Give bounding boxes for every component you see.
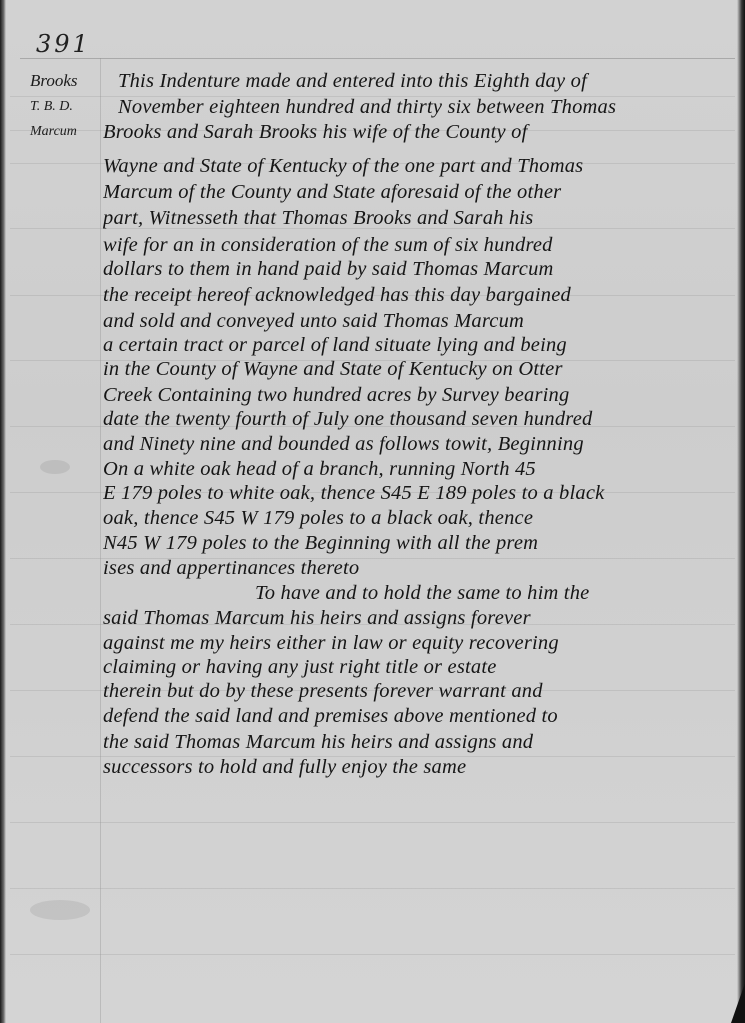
deed-line: said Thomas Marcum his heirs and assigns…	[103, 607, 731, 630]
page-right-edge-shadow	[737, 0, 745, 1023]
margin-note-grantor: Brooks	[30, 70, 78, 92]
deed-line: successors to hold and fully enjoy the s…	[103, 756, 731, 779]
deed-line: the receipt hereof acknowledged has this…	[103, 284, 731, 307]
deed-line: oak, thence S45 W 179 poles to a black o…	[103, 507, 731, 530]
page-number: 391	[36, 30, 91, 58]
deed-line: This Indenture made and entered into thi…	[118, 70, 731, 93]
deed-line: date the twenty fourth of July one thous…	[103, 408, 731, 431]
paper-smudge	[30, 900, 90, 920]
page-left-edge-shadow	[0, 0, 6, 1023]
margin-note-grantee: Marcum	[30, 121, 77, 143]
paper-smudge	[40, 460, 70, 474]
deed-line: in the County of Wayne and State of Kent…	[103, 358, 731, 381]
margin-note-initials: T. B. D.	[30, 96, 73, 118]
deed-line: Wayne and State of Kentucky of the one p…	[103, 155, 731, 178]
deed-line: Marcum of the County and State aforesaid…	[103, 181, 731, 204]
deed-line: November eighteen hundred and thirty six…	[118, 96, 731, 119]
deed-line: claiming or having any just right title …	[103, 656, 731, 679]
margin-rule	[100, 58, 101, 1023]
deed-line: To have and to hold the same to him the	[255, 582, 731, 605]
deed-line: ises and appertinances thereto	[103, 557, 731, 580]
deed-line: the said Thomas Marcum his heirs and ass…	[103, 731, 731, 754]
deed-line: Creek Containing two hundred acres by Su…	[103, 384, 731, 407]
ruled-line	[10, 954, 735, 955]
deed-line: N45 W 179 poles to the Beginning with al…	[103, 532, 731, 555]
header-rule	[20, 58, 735, 59]
deed-line: part, Witnesseth that Thomas Brooks and …	[103, 207, 731, 230]
ruled-line	[10, 822, 735, 823]
deed-line: On a white oak head of a branch, running…	[103, 458, 731, 481]
deed-line: and sold and conveyed unto said Thomas M…	[103, 310, 731, 333]
deed-line: therein but do by these presents forever…	[103, 680, 731, 703]
deed-line: and Ninety nine and bounded as follows t…	[103, 433, 731, 456]
deed-line: E 179 poles to white oak, thence S45 E 1…	[103, 482, 731, 505]
deed-line: defend the said land and premises above …	[103, 705, 731, 728]
ledger-page: 391 Brooks T. B. D. Marcum This Indentur…	[0, 0, 745, 1023]
deed-line: against me my heirs either in law or equ…	[103, 632, 731, 655]
ruled-line	[10, 888, 735, 889]
deed-line: dollars to them in hand paid by said Tho…	[103, 258, 731, 281]
deed-line: wife for an in consideration of the sum …	[103, 234, 731, 257]
deed-line: a certain tract or parcel of land situat…	[103, 334, 731, 357]
deed-line: Brooks and Sarah Brooks his wife of the …	[103, 121, 731, 144]
